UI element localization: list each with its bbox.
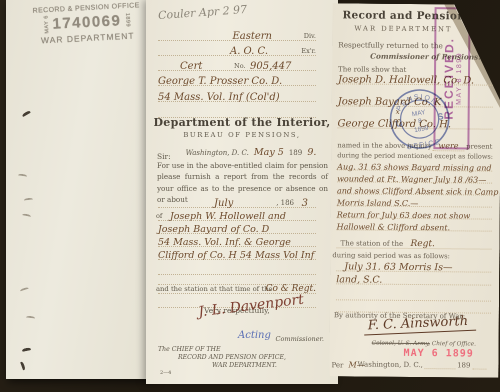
acting-written: Acting xyxy=(238,330,271,341)
form-row-claimant: George T. Prosser Co. D. xyxy=(158,73,316,86)
dateline-printed-year: 189 xyxy=(289,149,302,157)
finding-row-5: Return for July 63 does not show xyxy=(337,207,492,219)
year-printed: , 186 xyxy=(276,199,294,207)
record-pension-office-stamp: RECORD & PENSION OFFICE MAY 6 1740069 18… xyxy=(27,2,147,46)
names-row-2: Joseph Bayard of Co. D xyxy=(158,221,316,234)
chief-of-office-label: Chief of Office. xyxy=(430,341,476,347)
station-line-row-1: July 31. 63 Morris Is— xyxy=(336,258,491,272)
station-line-2: land, S.C. xyxy=(336,274,382,285)
examiner-written: A. O. C. xyxy=(230,46,268,57)
received-stamp-date: MAY 8 1899 xyxy=(455,52,462,105)
form-row-unit: 54 Mass. Vol. Inf (Col'd) xyxy=(158,89,316,102)
bureau-heading: BUREAU OF PENSIONS, xyxy=(146,131,338,139)
pension-office-circular-stamp: PENSION OFFICE U S MAY 8 1899 xyxy=(382,81,458,157)
circular-stamp-day: 8 xyxy=(418,118,423,126)
photo-background: RECORD & PENSION OFFICE MAY 6 1740069 18… xyxy=(0,0,500,392)
finding-row-1: Aug. 31 63 shows Bayard missing and xyxy=(337,159,492,171)
examiner-label: Ex'r. xyxy=(301,47,316,55)
middle-page: Couler Apr 2 97 Eastern Div. A. O. C. Ex… xyxy=(146,0,338,384)
names-row-1: of Joseph W. Hollowell and xyxy=(158,208,316,221)
dateline: Washington, D. C. May 5 189 9. xyxy=(172,140,330,159)
binding-tear-mark xyxy=(22,347,32,353)
form-row-month: July , 186 3 xyxy=(158,195,316,208)
stamp-date-month: MAY 6 xyxy=(43,15,50,34)
number-label: No. xyxy=(234,62,246,70)
finding-row-4: Morris Island S.C.— xyxy=(337,195,492,207)
binding-tear-mark xyxy=(19,361,26,371)
binding-tear-mark xyxy=(24,198,33,203)
chief-title-line: Colonel, U. S. Army, Chief of Office. xyxy=(372,341,476,348)
claimant-unit-written: 54 Mass. Vol. Inf (Col'd) xyxy=(158,92,280,103)
form-number: 2—4 xyxy=(160,370,171,376)
circular-stamp-arc-bottom: OFFICE xyxy=(406,139,441,152)
binding-tear-mark xyxy=(22,110,32,118)
finding-row-6: Hallowell & Clifford absent. xyxy=(337,219,492,231)
addressee-line-1: The CHIEF OF THE xyxy=(158,346,220,353)
circular-stamp-letter-u: U xyxy=(395,118,403,129)
division-label: Div. xyxy=(304,32,316,40)
division-written: Eastern xyxy=(232,31,272,42)
pension-office-stamp-svg: PENSION OFFICE U S MAY 8 1899 xyxy=(382,81,458,157)
finding-row-3: and shows Clifford Absent sick in Camp xyxy=(337,183,492,195)
addressee-line-2: RECORD AND PENSION OFFICE, xyxy=(178,354,286,361)
pencil-annotation: Couler Apr 2 97 xyxy=(158,3,248,22)
station-of-row: The station of the Regt. xyxy=(336,235,491,249)
dateline-written: May 5 xyxy=(254,147,284,158)
footer-place: Washington, D. C., xyxy=(357,361,423,370)
returned-line: Respectfully returned to the xyxy=(338,40,443,50)
struck-title: Colonel, U. S. Army, xyxy=(372,341,430,348)
finding-6: Hallowell & Clifford absent. xyxy=(337,222,451,232)
station-label: and the station at that time of the xyxy=(156,285,272,293)
footer-year: 189 xyxy=(457,361,470,369)
stamp-document-number: 1740069 xyxy=(52,12,122,33)
binding-tear-mark xyxy=(20,287,30,294)
binding-tear-mark xyxy=(22,213,32,219)
of-label: of xyxy=(156,212,162,220)
dateline-written-year: 9. xyxy=(307,147,316,158)
footer-dateline: Washington, D. C., 189 xyxy=(335,360,488,369)
certificate-number-written: 905,447 xyxy=(250,61,291,72)
form-row-examiner: A. O. C. Ex'r. xyxy=(158,43,316,56)
names-row-3: 54 Mass. Vol. Inf. & George xyxy=(158,234,316,247)
circular-stamp-month: MAY xyxy=(411,109,426,118)
circular-stamp-letter-s: S xyxy=(437,111,445,122)
binding-tear-mark xyxy=(18,173,27,178)
chief-signature: F. C. Ainsworth xyxy=(364,314,477,336)
left-page: RECORD & PENSION OFFICE MAY 6 1740069 18… xyxy=(6,0,154,379)
names-row-4: Clifford of Co. H 54 Mass Vol Inf xyxy=(158,247,316,260)
dateline-place: Washington, D. C. xyxy=(186,149,249,157)
names-written-4: Clifford of Co. H 54 Mass Vol Inf xyxy=(158,250,314,261)
addressee-line-3: WAR DEPARTMENT. xyxy=(212,362,277,369)
footer-rule xyxy=(425,361,455,369)
form-row-certificate: Cert No. 905,447 xyxy=(158,58,316,71)
right-page: Record and Pension Of WAR DEPARTMENT Res… xyxy=(329,3,500,377)
binding-tear-mark xyxy=(26,316,35,321)
department-heading: Department of the Interior, xyxy=(146,116,338,129)
certificate-written: Cert xyxy=(180,61,202,72)
stamp-date-year: 1899 xyxy=(124,13,131,28)
commissioner-label: Commissioner. xyxy=(276,335,324,343)
rp-heading: Record and Pension Of xyxy=(342,9,483,22)
form-row-division: Eastern Div. xyxy=(158,28,316,41)
may-6-1899-date-stamp: MAY 6 1899 xyxy=(404,348,474,360)
station-label-pre: The station of the xyxy=(341,239,404,248)
circular-stamp-year: 1899 xyxy=(414,125,430,134)
station-line-row-2: land, S.C. xyxy=(336,271,491,285)
footer-rule-short xyxy=(472,362,486,370)
station-written: Regt. xyxy=(410,239,434,249)
claimant-name-written: George T. Prosser Co. D. xyxy=(158,76,282,87)
finding-row-2: wounded at Ft. Wagner July 18 /63— xyxy=(337,171,492,183)
